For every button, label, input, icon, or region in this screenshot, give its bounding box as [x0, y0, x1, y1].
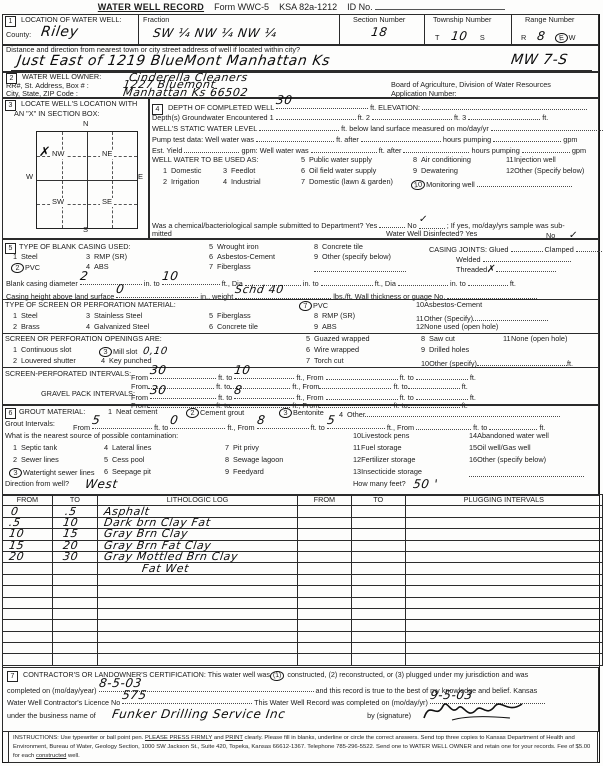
circled-option-number: 10	[411, 179, 426, 191]
option-number: 1	[163, 167, 171, 175]
opening-11-none: 11None (open hole)	[503, 335, 567, 343]
option-number: 10	[353, 432, 361, 440]
grout-3-bentonite-selected: 3Bentonite	[281, 408, 324, 418]
log-row-empty	[3, 631, 603, 642]
contam-6-seepage: 6Seepage pit	[104, 468, 151, 476]
grout-box: 6GROUT MATERIAL: 1Neat cement 2Cement gr…	[2, 404, 599, 496]
blank	[416, 421, 471, 430]
dia2-ft-blank	[321, 277, 373, 286]
grout-intervals-label: Grout Intervals:	[5, 420, 55, 428]
use-12-other: 12Other (Specify below)	[506, 167, 584, 175]
diagram-dash	[112, 132, 113, 228]
grout2-to-value: 5	[326, 414, 336, 428]
option-number: 12	[506, 167, 514, 175]
divider	[424, 15, 425, 45]
option-number: 2	[13, 357, 21, 365]
log-row-empty	[3, 620, 603, 631]
circled-option-number: 3	[279, 407, 293, 418]
option-label: Drilled holes	[429, 345, 469, 354]
contamination-label: What is the nearest source of possible c…	[5, 432, 178, 440]
perf-intervals-label: SCREEN-PERFORATED INTERVALS:	[5, 370, 131, 378]
opening-1-continuous: 1Continuous slot	[13, 346, 71, 354]
casing-5-wrought-iron: 5Wrought iron	[209, 243, 259, 251]
option-number: 1	[108, 408, 116, 416]
opening-6-wire: 6Wire wrapped	[306, 346, 359, 354]
blank	[319, 380, 391, 389]
diameter-value: 2	[79, 270, 89, 284]
use-6-oil-field: 6Oil field water supply	[301, 167, 376, 175]
option-number: 6	[104, 468, 112, 476]
contam-5-cess-pool: 5Cess pool	[104, 456, 144, 464]
option-label: Irrigation	[171, 177, 199, 186]
grout-2-cement-grout-selected: 2Cement grout	[188, 408, 244, 418]
cert-text: and this record is true to the best of m…	[316, 686, 538, 695]
form-title: WATER WELL RECORD	[98, 2, 204, 12]
static-blank	[259, 122, 339, 131]
casing-9-other: 9Other (specify below)	[314, 253, 391, 261]
id-no-blank	[375, 1, 505, 10]
option-number: 2	[13, 456, 21, 464]
casing-box: 5TYPE OF BLANK CASING USED: 5Wrought iro…	[2, 238, 599, 406]
blank	[326, 371, 398, 380]
openings-row-1: SCREEN OR PERFORATION OPENINGS ARE: 5Gua…	[3, 335, 598, 346]
owner-box: 2 WATER WELL OWNER: Cinderella Cleaners …	[2, 71, 599, 99]
option-label: Air conditioning	[421, 155, 471, 164]
option-label: Fertilizer storage	[361, 455, 415, 464]
log-from-header: FROM	[3, 495, 53, 506]
contam-other-blank	[469, 468, 584, 479]
contam-3-watertight-selected: 3Watertight sewer lines	[11, 468, 95, 478]
option-label: Torch cut	[314, 356, 344, 365]
ft-from-label: ft., From	[227, 423, 254, 432]
well-x-mark: ✗	[38, 146, 52, 161]
casing-row-3: 2PVC 4ABS 7Fiberglass Threaded✗	[3, 263, 598, 274]
option-label: Asbestos-Cement	[424, 300, 482, 309]
option-number: 3	[223, 167, 231, 175]
option-label: Saw cut	[429, 334, 455, 343]
option-label: Feedlot	[231, 166, 255, 175]
log-desc-value: Dark brn Clay Fat	[103, 518, 295, 527]
blank	[408, 380, 460, 389]
option-number: 15	[469, 444, 477, 452]
divider	[511, 15, 512, 45]
location-title-text: LOCATION OF WATER WELL:	[21, 15, 121, 24]
contam-15-oil-gas: 15Oil well/Gas well	[469, 444, 531, 452]
gw-3: ft. 3	[454, 113, 466, 122]
pump-blank-2	[361, 133, 441, 142]
sample-yes-blank	[379, 219, 405, 228]
depth-value: 30	[275, 94, 293, 108]
log-from-value: 10	[8, 529, 50, 538]
option-label: Mill slot	[113, 347, 137, 356]
other-specify-blank	[314, 263, 406, 272]
location-box: 1 LOCATION OF WATER WELL: County: Riley …	[2, 14, 599, 46]
option-number: 8	[314, 243, 322, 251]
screen-material-title: TYPE OF SCREEN OR PERFORATION MATERIAL:	[5, 301, 176, 309]
screen-2-brass: 2Brass	[13, 323, 40, 331]
glued-blank	[511, 243, 543, 252]
log-row-empty	[3, 643, 603, 654]
township-s: S	[480, 33, 485, 42]
casing-3-rmp: 3RMP (SR)	[86, 253, 127, 261]
log-row-empty	[3, 654, 603, 665]
cert-line-2: completed on (mo/day/year) 8-5-03 and th…	[7, 683, 594, 695]
fraction-value: SW ¼ NW ¼ NW ¼	[152, 27, 277, 41]
groundwater-line: Depth(s) Groundwater Encountered 1 ft. 2…	[152, 111, 601, 122]
screen-10-asbestos: 10Asbestos-Cement	[416, 301, 482, 309]
log-from-value: 15	[8, 541, 50, 550]
gw-2: ft. 2	[358, 113, 370, 122]
dia3-blank	[398, 277, 448, 286]
log-row: .510Dark brn Clay Fat	[3, 517, 603, 528]
plug-from-header: FROM	[298, 495, 352, 506]
divider	[138, 15, 139, 45]
option-label: Lateral lines	[112, 443, 151, 452]
casing-2-pvc-selected: 2PVC	[13, 263, 40, 273]
range-w: W	[569, 33, 576, 42]
contamination-row-2: 1Septic tank 4Lateral lines 7Pit privy 1…	[3, 444, 598, 455]
use-4-industrial: 4Industrial	[223, 178, 261, 186]
use-9-dewatering: 9Dewatering	[413, 167, 458, 175]
log-from-value: 20	[8, 552, 50, 561]
log-row-empty	[3, 597, 603, 608]
county-label: County:	[6, 31, 31, 39]
depth-line: 4 DEPTH OF COMPLETED WELL 30 ft. ELEVATI…	[152, 100, 601, 111]
screen-7-pvc-selected: 7PVC	[301, 301, 328, 311]
diagram-center-horizontal	[37, 180, 137, 181]
sample-question-line: Was a chemical/bacteriological sample su…	[152, 219, 601, 230]
screen-9-abs: 9ABS	[314, 323, 337, 331]
sample-no-check: ✓	[418, 214, 429, 226]
threaded-blank	[496, 263, 556, 272]
option-label: Cement grout	[200, 408, 244, 417]
in-to-label: in. to	[303, 279, 319, 288]
yield-blank	[184, 144, 239, 153]
log-desc-value: Gray Brn Clay	[103, 529, 295, 538]
township-t: T	[435, 33, 439, 42]
cert-text: This Water Well Record was completed on …	[254, 698, 428, 707]
option-number: 6	[301, 167, 309, 175]
constructed-circled: (1)	[270, 670, 285, 681]
option-number: 6	[306, 346, 314, 354]
static-level-label: WELL'S STATIC WATER LEVEL	[152, 124, 257, 133]
gpm-label: gpm	[563, 135, 577, 144]
lithologic-log-table: FROM TO LITHOLOGIC LOG FROM TO PLUGGING …	[2, 494, 603, 666]
option-label: None (open hole)	[511, 334, 567, 343]
perf-from-value: 30	[149, 364, 167, 378]
casing-title-text: TYPE OF BLANK CASING USED:	[19, 242, 131, 251]
section-number-value: 18	[370, 26, 388, 40]
log-to-value: 20	[62, 541, 95, 550]
perf-to-value: 10	[233, 364, 251, 378]
log-desc-value: Fat Wet	[141, 564, 295, 573]
form-title-bar: WATER WELL RECORD Form WWC-5 KSA 82a-121…	[0, 1, 603, 12]
option-label: Cess pool	[112, 455, 144, 464]
option-label: Key punched	[109, 356, 152, 365]
dia3-ft-blank	[468, 277, 508, 286]
ft-dia-label: ft., Dia	[375, 279, 396, 288]
option-label: Feedyard	[233, 467, 264, 476]
pump-blank-1	[256, 133, 334, 142]
option-number: 2	[163, 178, 171, 186]
gpm-label: gpm	[572, 146, 586, 155]
casing-other-blank	[314, 263, 406, 274]
static-date-blank	[491, 122, 603, 131]
grout-4-other: 4Other	[339, 408, 560, 419]
option-number: 6	[209, 323, 217, 331]
option-label: Wire wrapped	[314, 345, 359, 354]
township-label: Township Number	[433, 16, 491, 24]
option-number: 16	[469, 456, 477, 464]
rule	[3, 367, 598, 368]
feet-value: 50 '	[412, 478, 439, 492]
option-label: Other (specify below)	[477, 455, 546, 464]
height-value: 0	[115, 283, 125, 297]
log-row: 0.5Asphalt	[3, 506, 603, 517]
option-number: 8	[421, 335, 429, 343]
section-7-number: 7	[7, 671, 18, 682]
opening-other-blank	[477, 357, 567, 366]
option-label: ABS	[322, 322, 337, 331]
option-number: 1	[13, 312, 21, 320]
log-row-empty	[3, 574, 603, 585]
yield-blank-3	[403, 144, 469, 153]
instructions-text: INSTRUCTIONS: Use typewriter or ball poi…	[13, 735, 143, 741]
log-row: 2030Gray Mottled Brn Clay	[3, 551, 603, 562]
option-number: 8	[413, 156, 421, 164]
option-label: Louvered shutter	[21, 356, 76, 365]
grout-other-blank	[365, 408, 560, 417]
section-locator-box: 3 LOCATE WELL'S LOCATION WITH AN "X" IN …	[2, 97, 150, 240]
option-number: 9	[225, 468, 233, 476]
screen-12-none: 12None used (open hole)	[416, 323, 498, 331]
weight-value: Schd 40	[234, 284, 284, 297]
option-number: 11	[353, 444, 361, 452]
grout-title-text: GROUT MATERIAL:	[19, 407, 85, 416]
option-label: Watertight sewer lines	[23, 468, 95, 477]
opening-5-guazed: 5Guazed wrapped	[306, 335, 370, 343]
option-label: Sewer lines	[21, 455, 59, 464]
option-number: 7	[301, 178, 309, 186]
option-label: None used (open hole)	[424, 322, 498, 331]
log-to-value: 30	[62, 552, 95, 561]
log-row-empty	[3, 608, 603, 619]
option-label: Galvanized Steel	[94, 322, 149, 331]
option-label: Fiberglass	[217, 262, 251, 271]
owner-title-text: WATER WELL OWNER:	[22, 72, 101, 81]
yield-blank-2	[311, 144, 377, 153]
option-label: Continuous slot	[21, 345, 71, 354]
openings-title: SCREEN OR PERFORATION OPENINGS ARE:	[5, 335, 162, 343]
screen-4-galvanized: 4Galvanized Steel	[86, 323, 149, 331]
well-data-box: 4 DEPTH OF COMPLETED WELL 30 ft. ELEVATI…	[148, 97, 599, 240]
form-number: Form WWC-5	[214, 2, 269, 12]
threaded-x-mark: ✗	[486, 264, 497, 276]
option-label: Concrete tile	[217, 322, 258, 331]
business-name-value: Funker Drilling Service Inc	[111, 708, 286, 722]
gravel-to-value: 8	[233, 384, 243, 398]
casing-4-abs: 4ABS	[86, 263, 109, 271]
grout-1-neat-cement: 1Neat cement	[108, 408, 157, 416]
range-value-row: R 8 EW	[521, 30, 575, 44]
use-5-public-water: 5Public water supply	[301, 156, 372, 164]
option-label: Livestock pens	[361, 431, 409, 440]
option-number: 14	[469, 432, 477, 440]
distance-value: Just East of 1219 BlueMont Manhattan Ks	[16, 53, 331, 69]
option-label: Other (Specify below)	[514, 166, 584, 175]
option-number: 5	[209, 243, 217, 251]
diagram-dash	[62, 132, 63, 228]
contam-7-pit-privy: 7Pit privy	[225, 444, 259, 452]
grout-title: 6GROUT MATERIAL:	[5, 408, 85, 419]
circled-option-number: 7	[299, 300, 313, 311]
pump-label: Pump test data: Well water was	[152, 135, 254, 144]
log-to-value: 10	[62, 518, 95, 527]
contam-8-sewage-lagoon: 8Sewage lagoon	[225, 456, 283, 464]
log-row: 1015Gray Brn Clay	[3, 529, 603, 540]
option-number: 4	[101, 357, 109, 365]
option-number: 11	[503, 335, 511, 343]
contam-12-fertilizer: 12Fertilizer storage	[353, 456, 415, 464]
plug-to-header: TO	[351, 495, 405, 506]
compass-w: W	[24, 173, 35, 182]
option-number: 10	[416, 301, 424, 309]
use-11-injection-well: 11Injection well	[506, 156, 556, 164]
option-label: Abandoned water well	[477, 431, 549, 440]
option-number: 12	[353, 456, 361, 464]
contamination-row-3: 2Sewer lines 5Cess pool 8Sewage lagoon 1…	[3, 456, 598, 467]
gravel-pack-label: GRAVEL PACK INTERVALS:	[41, 390, 135, 398]
gravel-from-value: 30	[149, 384, 167, 398]
direction-value: West	[84, 478, 119, 492]
option-number: 7	[306, 357, 314, 365]
option-number: 12	[416, 323, 424, 331]
ft-label: ft.	[542, 113, 548, 122]
option-number: 5	[301, 156, 309, 164]
log-desc-value: Gray Brn Fat Clay	[103, 541, 295, 550]
option-label: Seepage pit	[112, 467, 151, 476]
range-label: Range Number	[525, 16, 574, 24]
log-from-value: .5	[8, 518, 50, 527]
option-number: 8	[314, 312, 322, 320]
opening-2-louvered: 2Louvered shutter	[13, 357, 76, 365]
instructions-text: and	[214, 735, 224, 741]
instructions-box: INSTRUCTIONS: Use typewriter or ball poi…	[8, 731, 598, 763]
option-label: RMP (SR)	[94, 252, 127, 261]
option-number: 7	[225, 444, 233, 452]
blank	[469, 468, 584, 477]
contam-11-fuel: 11Fuel storage	[353, 444, 402, 452]
option-number: 6	[209, 253, 217, 261]
option-label: PVC	[25, 263, 40, 272]
licence-number-value: 575	[121, 689, 148, 703]
range-value: 8	[536, 30, 546, 44]
option-number: 9	[413, 167, 421, 175]
option-number: 9	[314, 253, 322, 261]
option-label: Public water supply	[309, 155, 372, 164]
option-label: Stainless Steel	[94, 311, 142, 320]
opening-8-saw-cut: 8Saw cut	[421, 335, 455, 343]
static-level-line: WELL'S STATIC WATER LEVEL ft. below land…	[152, 122, 601, 133]
use-2-irrigation: 2Irrigation	[163, 178, 199, 186]
opening-9-drilled: 9Drilled holes	[421, 346, 469, 354]
option-label: Steel	[21, 311, 38, 320]
instructions-text: well.	[68, 753, 80, 759]
option-number: 5	[306, 335, 314, 343]
county-value: Riley	[40, 24, 80, 40]
diameter-depth-value: 10	[161, 270, 179, 284]
yield-tail: gpm: Well water was	[241, 146, 308, 155]
option-label: Other (specify below)	[322, 252, 391, 261]
option-label: Wrought iron	[217, 242, 259, 251]
cert-text: Water Well Contractor's Licence No	[7, 698, 120, 707]
option-number: 4	[339, 411, 347, 419]
option-number: 4	[104, 444, 112, 452]
option-label: RMP (SR)	[322, 311, 355, 320]
contamination-row-1: What is the nearest source of possible c…	[3, 432, 598, 443]
cert-text: constructed, (2) reconstructed, or (3) p…	[287, 670, 528, 679]
diameter-label: Blank casing diameter	[6, 279, 78, 288]
quadrant-sw: SW	[50, 198, 66, 207]
signature	[418, 696, 528, 724]
option-number: 1	[13, 253, 21, 261]
section-diagram: NW NE SW SE N S W E ✗	[36, 131, 138, 229]
screen-8-rmp: 8RMP (SR)	[314, 312, 355, 320]
log-to-value: .5	[64, 507, 95, 516]
in-to-label: in. to	[144, 279, 160, 288]
id-no-label: ID No.	[347, 2, 373, 12]
use-row-c: 2Irrigation 4Industrial 7Domestic (lawn …	[149, 178, 598, 189]
opening-4-key-punched: 4Key punched	[101, 357, 152, 365]
log-header-row: FROM TO LITHOLOGIC LOG FROM TO PLUGGING …	[3, 495, 603, 506]
hours-pumping-label: hours pumping	[443, 135, 491, 144]
direction-row: Direction from well? West How many feet?…	[3, 480, 598, 491]
quadrant-se: SE	[100, 198, 114, 207]
welded-blank	[483, 253, 571, 262]
range-east-circled: E	[554, 32, 568, 43]
option-label: PVC	[313, 301, 328, 310]
option-number: 7	[209, 263, 217, 271]
log-from-value: 0	[10, 507, 50, 516]
log-desc-value: Asphalt	[103, 507, 295, 516]
log-row: Fat Wet	[3, 563, 603, 574]
option-number: 2	[13, 323, 21, 331]
option-label: Dewatering	[421, 166, 458, 175]
yield-label: Est. Yield	[152, 146, 182, 155]
circled-option-number: 2	[186, 407, 200, 418]
threaded-label: Threaded	[456, 265, 487, 274]
township-value: 10	[450, 30, 468, 44]
township-value-row: T 10 S	[435, 30, 485, 44]
sample-question-text: Was a chemical/bacteriological sample su…	[152, 221, 377, 230]
option-number: 4	[86, 323, 94, 331]
contam-2-sewer: 2Sewer lines	[13, 456, 59, 464]
quadrant-ne: NE	[100, 150, 114, 159]
gw-1-blank	[276, 111, 356, 120]
option-number: 9	[421, 346, 429, 354]
option-number: 8	[225, 456, 233, 464]
option-number: 4	[223, 178, 231, 186]
option-number: 3	[86, 253, 94, 261]
option-label: Domestic	[171, 166, 201, 175]
option-label: Monitoring well	[426, 180, 475, 189]
screen-1-steel: 1Steel	[13, 312, 38, 320]
water-well-record-form: WATER WELL RECORD Form WWC-5 KSA 82a-121…	[0, 0, 603, 766]
option-label: Neat cement	[116, 407, 157, 416]
yield-blank-4	[522, 144, 570, 153]
option-label: Septic tank	[21, 443, 57, 452]
circled-option-number: 3	[9, 467, 23, 478]
